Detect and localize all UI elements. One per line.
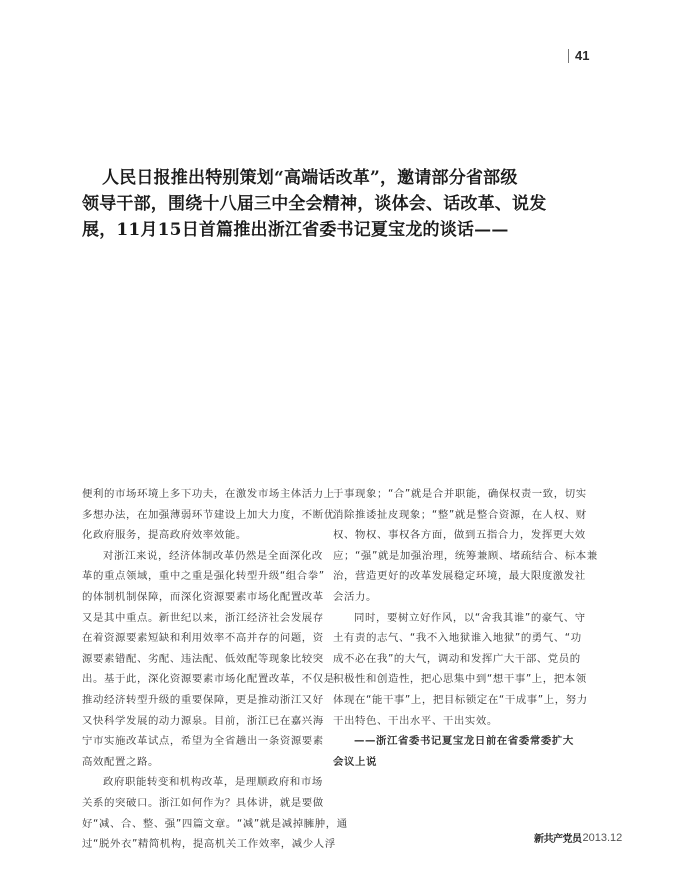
page-number-value: 41 [575, 48, 589, 63]
body-line: 源要素错配、劣配、违法配、低效配等现象比较突 [82, 649, 314, 670]
headline-line: 领导干部，围绕十八届三中全会精神，谈体会、话改革、说发 [82, 191, 472, 217]
body-line: 的体制机制保障，而深化资源要素市场化配置改革 [82, 587, 314, 608]
headline-line: 展，11月15日首篇推出浙江省委书记夏宝龙的谈话—— [82, 217, 472, 243]
body-line: 好“减、合、整、强”四篇文章。“减”就是减掉臃肿，通 [82, 814, 314, 835]
page-footer: 新共产党员 2013.12 [534, 830, 622, 845]
body-line: 成不必在我”的大气，调动和发挥广大干部、党员的 [333, 649, 599, 670]
body-line: 权、物权、事权各方面，做到五指合力，发挥更大效 [333, 525, 599, 546]
body-line: 会活力。 [333, 587, 599, 608]
body-line: 体现在“能干事”上，把目标锁定在“干成事”上，努力 [333, 690, 599, 711]
magazine-logo: 新共产党员 [534, 830, 582, 845]
body-line: 多想办法，在加强薄弱环节建设上加大力度，不断优 [82, 505, 314, 526]
body-line: 关系的突破口。浙江如何作为？具体讲，就是要做 [82, 793, 314, 814]
issue-date: 2013.12 [583, 832, 623, 844]
body-line: 化政府服务，提高政府效率效能。 [82, 525, 314, 546]
body-line: 高效配置之路。 [82, 752, 314, 773]
article-headline: 人民日报推出特别策划“高端话改革”，邀请部分省部级 领导干部，围绕十八届三中全会… [82, 165, 472, 243]
body-line: 消除推诿扯皮现象；“整”就是整合资源，在人权、财 [333, 505, 599, 526]
body-line: 推动经济转型升级的重要保障，更是推动浙江又好 [82, 690, 314, 711]
body-line: 又是其中重点。新世纪以来，浙江经济社会发展存 [82, 608, 314, 629]
attribution-line: 会议上说 [333, 752, 599, 773]
body-line-paragraph-start: 同时，要树立好作风，以“舍我其谁”的豪气、守 [333, 608, 599, 629]
body-line: 革的重点领域，重中之重是强化转型升级“组合拳” [82, 566, 314, 587]
body-line: 在着资源要素短缺和利用效率不高并存的问题，资 [82, 628, 314, 649]
headline-line: 人民日报推出特别策划“高端话改革”，邀请部分省部级 [82, 165, 472, 191]
page-number: 41 [568, 48, 589, 63]
body-column-right: 于事现象；“合”就是合并职能，确保权责一致，切实 消除推诿扯皮现象；“整”就是整… [333, 484, 599, 772]
body-line: 宁市实施改革试点，希望为全省趟出一条资源要素 [82, 731, 314, 752]
body-line: 出。基于此，深化资源要素市场化配置改革，不仅是 [82, 669, 314, 690]
body-line-paragraph-start: 政府职能转变和机构改革，是理顺政府和市场 [82, 772, 314, 793]
body-column-left: 便利的市场环境上多下功夫，在激发市场主体活力上 多想办法，在加强薄弱环节建设上加… [82, 484, 314, 855]
body-line: 治，营造更好的改革发展稳定环境，最大限度激发社 [333, 566, 599, 587]
body-line: 土有责的志气、“我不入地狱谁入地狱”的勇气、“功 [333, 628, 599, 649]
attribution-line: ——浙江省委书记夏宝龙日前在省委常委扩大 [333, 731, 599, 752]
body-line: 便利的市场环境上多下功夫，在激发市场主体活力上 [82, 484, 314, 505]
body-line: 积极性和创造性，把心思集中到“想干事”上，把本领 [333, 669, 599, 690]
body-line: 又快科学发展的动力源泉。目前，浙江已在嘉兴海 [82, 711, 314, 732]
body-line: 过“脱外衣”精简机构，提高机关工作效率，减少人浮 [82, 834, 314, 855]
body-line-paragraph-start: 对浙江来说，经济体制改革仍然是全面深化改 [82, 546, 314, 567]
body-line: 干出特色、干出水平、干出实效。 [333, 711, 599, 732]
page-number-divider [568, 49, 569, 63]
body-line: 应；“强”就是加强治理，统筹兼顾、堵疏结合、标本兼 [333, 546, 599, 567]
body-line: 于事现象；“合”就是合并职能，确保权责一致，切实 [333, 484, 599, 505]
